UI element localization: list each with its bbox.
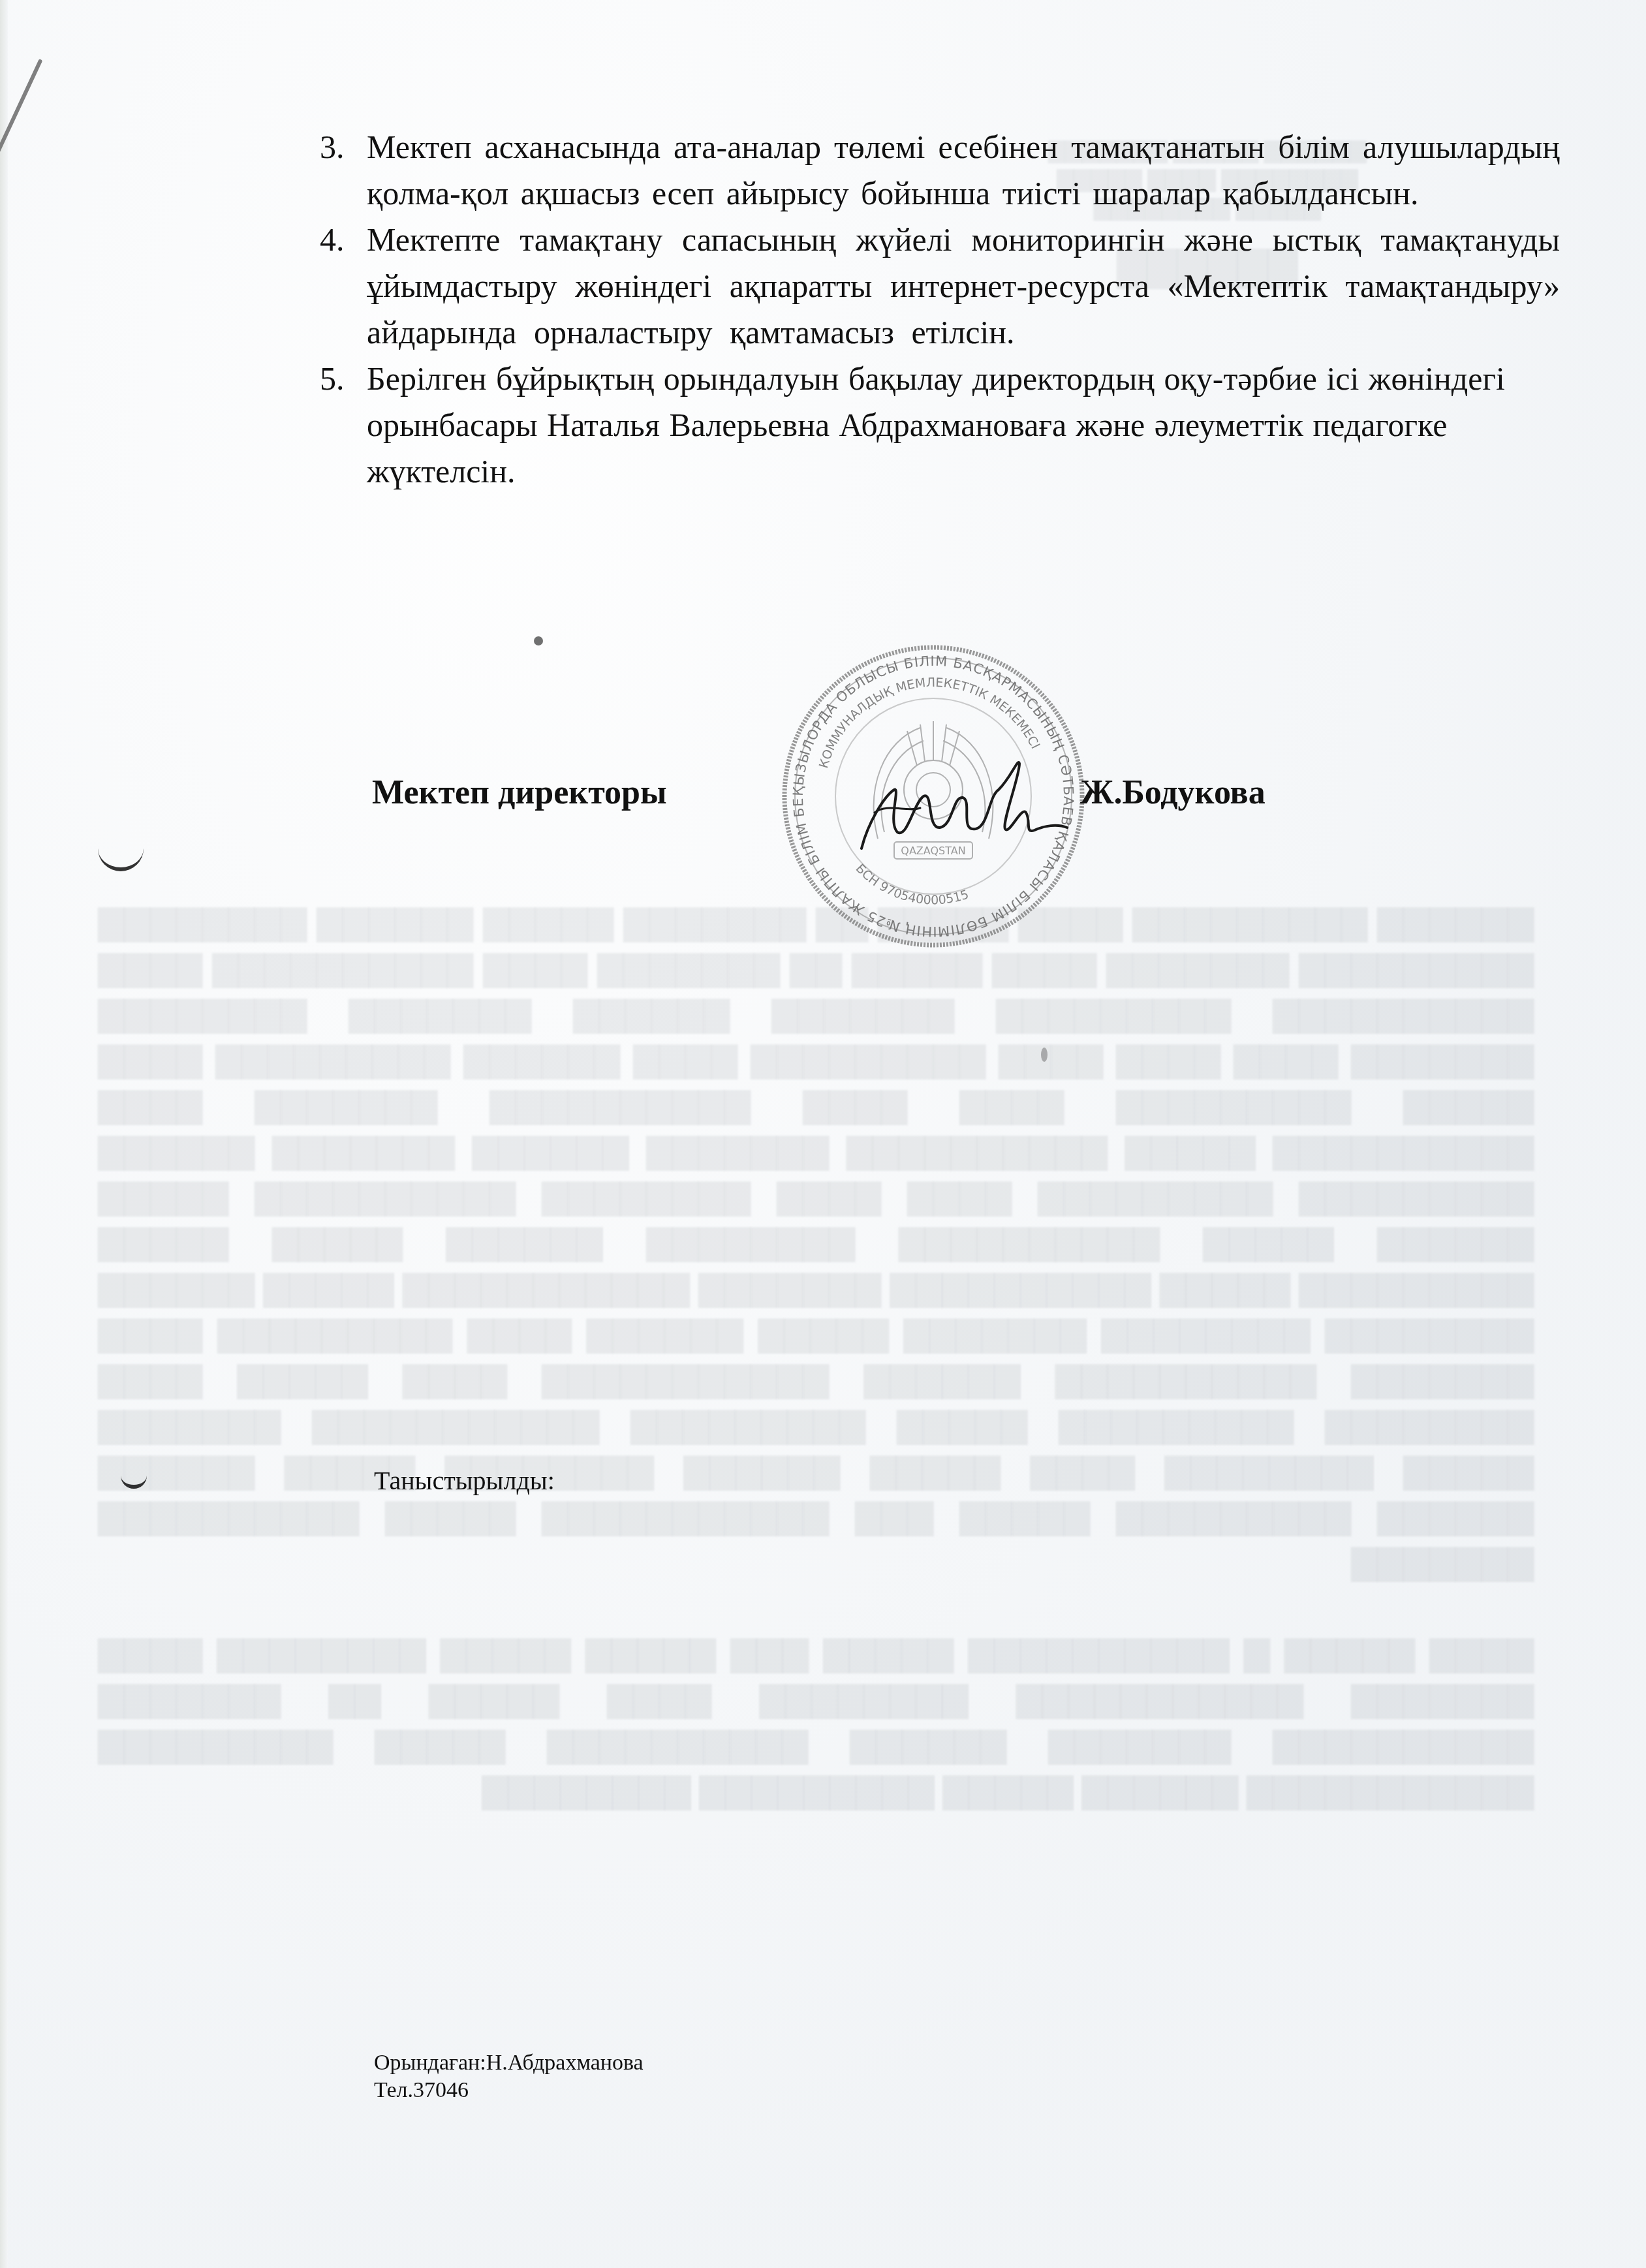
executor-name: Орындаған:Н.Абдрахманова (374, 2049, 644, 2077)
svg-text:БСН 970540000515: БСН 970540000515 (853, 862, 971, 908)
bleed-through-body: ▇▇▇▇▇▇ ▇▇▇▇▇▇▇▇▇ ▇▇▇▇ ▇▇▇▇▇ ▇▇ ▇▇▇▇▇▇▇ ▇… (98, 901, 1534, 1814)
executor-block: Орындаған:Н.Абдрахманова Тел.37046 (374, 2049, 644, 2104)
ink-speck (534, 636, 543, 645)
item-number: 3. (320, 124, 367, 217)
executor-phone: Тел.37046 (374, 2077, 644, 2104)
familiarized-label: Таныстырылды: (374, 1465, 555, 1496)
item-number: 5. (320, 356, 367, 495)
item-text: Мектеп асханасында ата-аналар төлемі есе… (367, 124, 1560, 217)
item-text: Берілген бұйрықтың орындалуын бақылау ди… (367, 356, 1560, 495)
punch-hole-mark (98, 845, 144, 871)
ink-speck (1041, 1048, 1048, 1062)
item-text: Мектепте тамақтану сапасының жүйелі мони… (367, 217, 1560, 356)
order-items-list: 3. Мектеп асханасында ата-аналар төлемі … (320, 124, 1560, 495)
order-item-5: 5. Берілген бұйрықтың орындалуын бақылау… (320, 356, 1560, 495)
order-item-3: 3. Мектеп асханасында ата-аналар төлемі … (320, 124, 1560, 217)
signature-block: Мектеп директоры Ж.Бодукова (372, 773, 1338, 826)
order-item-4: 4. Мектепте тамақтану сапасының жүйелі м… (320, 217, 1560, 356)
punch-hole-mark (121, 1465, 147, 1489)
document-page: ▇▇▇▇▇▇ ▇▇▇▇▇ ▇▇▇▇▇▇▇▇▇▇▇▇▇▇▇ ▇▇▇▇ ▇▇▇▇▇▇… (0, 0, 1646, 2268)
item-number: 4. (320, 217, 367, 356)
signer-title: Мектеп директоры (372, 773, 667, 812)
signer-name: Ж.Бодукова (1080, 773, 1266, 812)
scan-edge (0, 0, 8, 2268)
